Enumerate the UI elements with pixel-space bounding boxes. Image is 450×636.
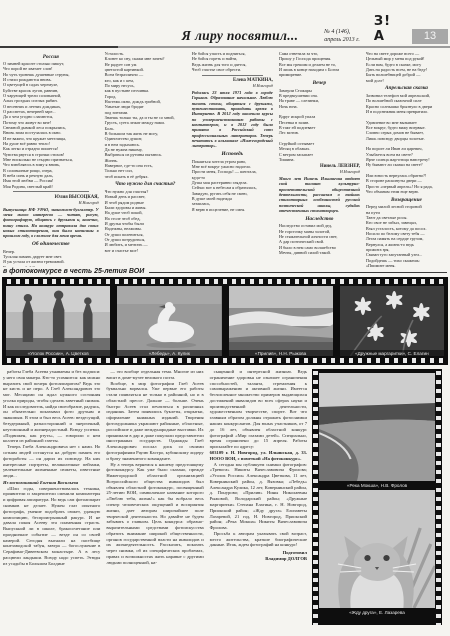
poetry-column-3: Не бойся упасть и подняться, Не бойся го… bbox=[192, 51, 273, 267]
paragraph: сыщенной и интересной жизнью. Ведь огран… bbox=[210, 369, 307, 450]
poetry-column-4: Сама ответила за что, Прошу у Господа пр… bbox=[279, 51, 360, 267]
poem-title: Наследство bbox=[279, 216, 360, 223]
poem-title: Апрельская сказка bbox=[366, 85, 447, 92]
poem-verse: Усталость. Клонет ко сну, скажи мне заче… bbox=[105, 51, 186, 179]
header-rule bbox=[149, 272, 447, 273]
author-signature: Юлия ВЫСОЦКАЯ,Н.Новгород bbox=[3, 195, 99, 206]
photo-caption: «Река Мокша», Н.В. Фролов bbox=[319, 483, 435, 488]
contest-photo-swan: «Лебедь», А. Кулик bbox=[117, 286, 221, 356]
poetry-column-2: Усталость. Клонет ко сну, скажи мне заче… bbox=[105, 51, 186, 267]
issue-number: № 4 (146), bbox=[324, 29, 360, 37]
poetry-columns: РоссияО зимней красоте столько пишут, Чт… bbox=[0, 48, 450, 267]
poem-title: Исповедь bbox=[192, 151, 273, 158]
article-column-2: — это вообще отдельная тема. Многие из н… bbox=[106, 369, 203, 631]
film-strip-vertical: «Река Мокша», Н.В. Фролов «Жду друга», Е… bbox=[312, 369, 442, 625]
page-number-badge: 13 bbox=[412, 29, 448, 44]
poet-location: Н.Новгород bbox=[3, 201, 99, 206]
contest-photo-cat bbox=[319, 490, 435, 608]
poem-title: Россия bbox=[3, 54, 99, 61]
film-strip-horizontal: «Уголок России», А. Цветков «Лебедь», А.… bbox=[2, 277, 448, 365]
author-signature: Елена МАТКИНА,Н.Новгород bbox=[192, 78, 273, 89]
church-photo-icon bbox=[6, 286, 110, 356]
photo-contest-header: в фотоконкурсе в честь 25-летия ВОИ bbox=[0, 267, 450, 275]
poet-location: Н.Новгород bbox=[192, 84, 273, 89]
poetry-column-1: РоссияО зимней красоте столько пишут, Чт… bbox=[3, 51, 99, 267]
poem-verse: Замерли Стожары В предвкушении сна. На т… bbox=[279, 88, 360, 163]
paragraph: «Шли годы, совершенствовалась техника, п… bbox=[3, 486, 100, 567]
swan-photo-icon bbox=[117, 286, 221, 356]
paragraph: Вообще, в мир фотографии Глеб Асеев букв… bbox=[106, 381, 203, 462]
contest-photo-sea: «Прилив», Н.Н. Рыжова bbox=[229, 286, 333, 356]
poet-location: Н.Новгород bbox=[279, 170, 360, 175]
paragraph: Ну а теперь вернемся к нашему предстояще… bbox=[106, 462, 203, 566]
article-columns: работы Глеба Асеева узнаваемы и без подп… bbox=[3, 369, 307, 631]
paragraph: Просьба к авторам указывать свой возраст… bbox=[210, 531, 307, 548]
film-sprockets-left bbox=[313, 369, 318, 625]
film-sprockets-top bbox=[5, 279, 445, 284]
newspaper-logo: З!А bbox=[374, 14, 402, 44]
sea-photo-icon bbox=[229, 286, 333, 356]
photo-caption: «Прилив», Н.Н. Рыжова bbox=[229, 350, 333, 356]
photo-caption: «Дружные маргаритки», С. Елагин bbox=[340, 350, 444, 356]
editor-signature: Подготовил Владимир ДОЛГОВ bbox=[210, 550, 307, 562]
river-photo-icon bbox=[319, 373, 435, 481]
article-section: работы Глеба Асеева узнаваемы и без подп… bbox=[0, 365, 450, 631]
contest-photo-river bbox=[319, 373, 435, 481]
poem-verse: Что на свете дороже всего — Цельный мир … bbox=[366, 51, 447, 83]
poetry-column-5: Что на свете дороже всего — Цельный мир … bbox=[366, 51, 447, 267]
film-sprockets-bottom bbox=[5, 358, 445, 363]
poem-verse: Не бойся упасть и подняться, Не бойся го… bbox=[192, 51, 273, 72]
cat-photo-icon bbox=[319, 490, 435, 608]
poem-title: Что нужно для счастья? bbox=[105, 181, 186, 188]
photo-caption: «Жду друга», Е. Лазарева bbox=[319, 610, 435, 615]
poem-title: Об одиночестве bbox=[3, 241, 99, 248]
poem-verse: Покаяться хотела утром рано, Мне всё вок… bbox=[192, 159, 273, 212]
article-column-3: сыщенной и интересной жизнью. Ведь огран… bbox=[210, 369, 307, 631]
divider bbox=[13, 191, 89, 192]
contest-photo-church: «Уголок России», А. Цветков bbox=[6, 286, 110, 356]
photo-caption: «Уголок России», А. Цветков bbox=[6, 350, 110, 356]
divider bbox=[202, 75, 263, 76]
paragraph: Теперь Глеба Александровича нет с нами. … bbox=[3, 444, 100, 479]
film-photos-row: «Уголок России», А. Цветков «Лебедь», А.… bbox=[5, 285, 445, 357]
poem-verse: Что нужно для счастья? Новый день и расс… bbox=[105, 189, 186, 253]
flowers-photo-icon bbox=[340, 286, 444, 356]
author-bio: Много лет Нинель Ильинична отдает свой т… bbox=[279, 176, 360, 213]
article-column-1: работы Глеба Асеева узнаваемы и без подп… bbox=[3, 369, 100, 631]
address-paragraph: 603109 г. Н. Новгород, ул. Ильинская, д.… bbox=[210, 450, 307, 462]
poem-verse: О зимней красоте столько пишут, Что поро… bbox=[3, 61, 99, 189]
poem-verse: Сама ответила за что, Прошу у Господа пр… bbox=[279, 51, 360, 78]
poem-title: Возвращение bbox=[366, 197, 447, 204]
masthead: Я лиру посвятил... № 4 (146), апрель 201… bbox=[0, 0, 450, 45]
issue-info: № 4 (146), апрель 2013 г. bbox=[324, 29, 360, 44]
author-bio: Выпускница НФ УРАО, экономист-бухгалтер.… bbox=[3, 207, 99, 239]
paragraph: — это вообще отдельная тема. Многие из н… bbox=[106, 369, 203, 381]
poem-verse: Зазвонил телефон мой апрельский, По волш… bbox=[366, 93, 447, 194]
author-signature: Нинель ЛЕВЗНЕР,Н.Новгород bbox=[279, 164, 360, 175]
page-title: Я лиру посвятил... bbox=[182, 28, 299, 44]
contest-photo-flowers: «Дружные маргаритки», С. Елагин bbox=[340, 286, 444, 356]
poem-title: Вечер bbox=[279, 80, 360, 87]
poem-verse: Вечер. Тусклая память дарует мне свет. Я… bbox=[3, 249, 99, 267]
newspaper-page: { "header": { "title": "Я лиру посвятил.… bbox=[0, 0, 450, 636]
photo-caption: «Лебедь», А. Кулик bbox=[117, 350, 221, 356]
author-bio: Родилась 23 июля 1971 года в городе Горь… bbox=[192, 90, 273, 149]
paragraph: А сегодня мы публикуем снимки фотографов… bbox=[210, 462, 307, 531]
paragraph: работы Глеба Асеева узнаваемы и без подп… bbox=[3, 369, 100, 444]
poem-verse: Наследство оставил мой дед, Не горсточку… bbox=[279, 223, 360, 255]
film-sprockets-right bbox=[436, 369, 441, 625]
issue-date: апрель 2013 г. bbox=[324, 37, 360, 45]
poem-verse: Перед милой лесной стороной на пути Тают… bbox=[366, 204, 447, 267]
photo-contest-title: в фотоконкурсе в честь 25-летия ВОИ bbox=[3, 268, 144, 275]
